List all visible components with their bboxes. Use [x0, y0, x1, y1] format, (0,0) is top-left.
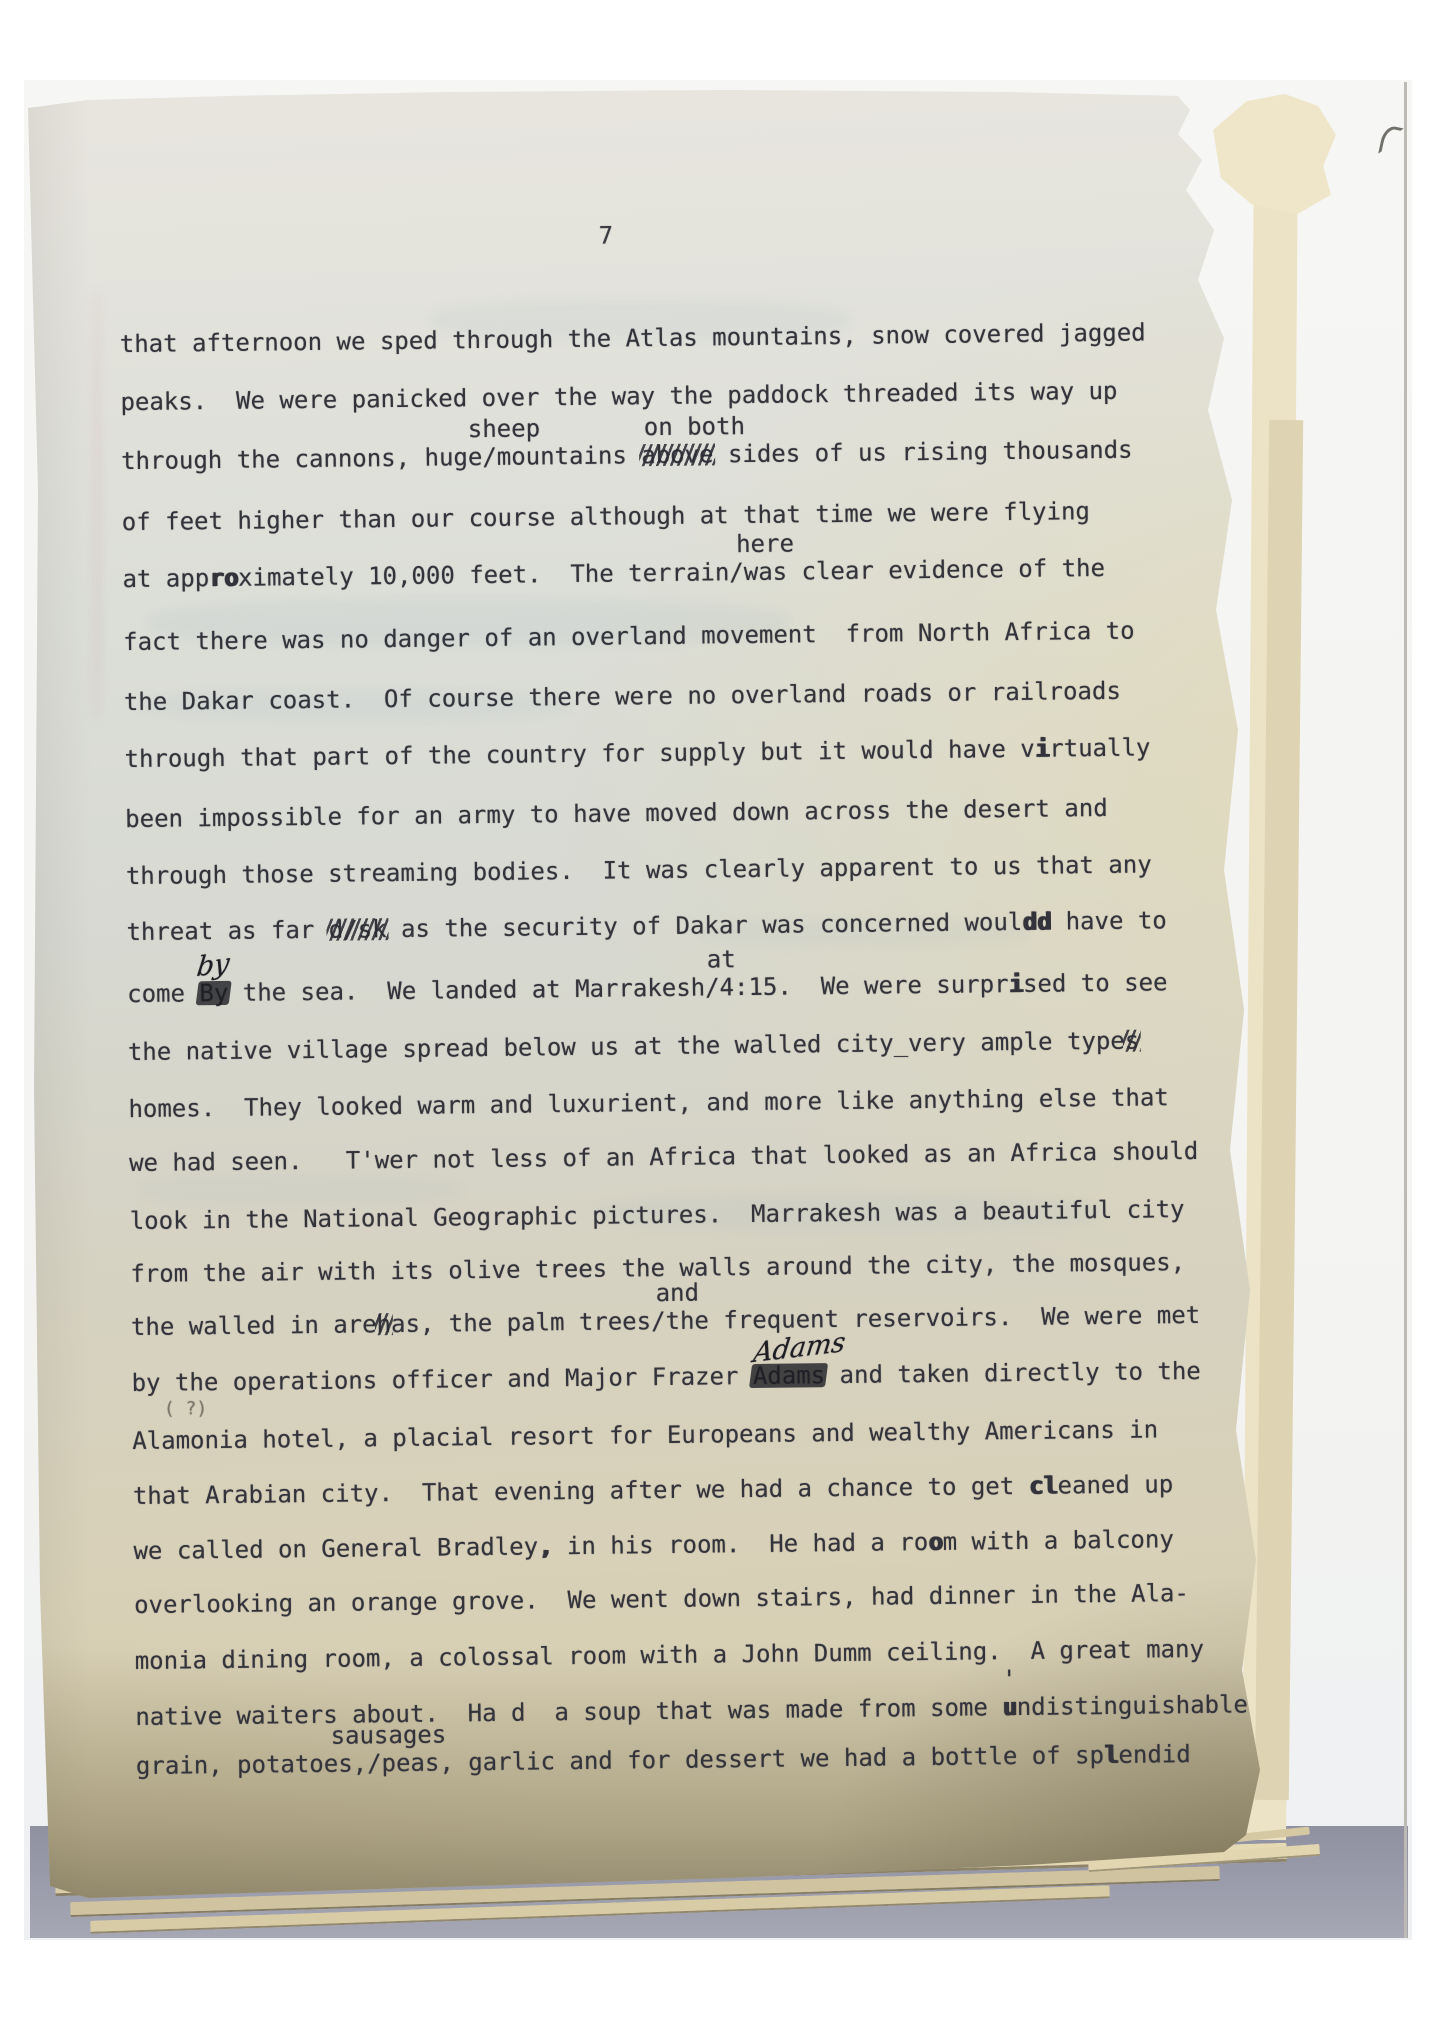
struck-out-text: s: [1125, 1028, 1140, 1054]
overtyped-text: i: [1008, 970, 1023, 998]
interline-insertion: here: [736, 530, 794, 557]
text-line: grain, potatoes,/peas, garlic and for de…: [136, 1741, 1191, 1779]
typed-text: peaks. We were panicked over the way the…: [120, 377, 1117, 416]
scan-page: { "document": { "page_number": "7", "ink…: [0, 0, 1440, 2038]
text-line: the native village spread below us at th…: [128, 1028, 1140, 1065]
typed-text: m with a balcony: [942, 1525, 1173, 1556]
typed-text: sides of us rising thousands: [713, 436, 1132, 469]
typed-text: through those streaming bodies. It was c…: [126, 850, 1152, 890]
typed-text: that afternoon we sped through the Atlas…: [120, 318, 1146, 358]
text-line: through those streaming bodies. It was c…: [126, 851, 1152, 889]
typed-text: come: [127, 979, 200, 1008]
typed-text: Alamonia hotel, a placial resort for Eur…: [132, 1415, 1158, 1455]
interline-insertion: and: [655, 1280, 699, 1306]
typed-text: the native village spread below us at th…: [128, 1027, 1125, 1066]
typed-text: ximately 10,000 feet. The terrain/was cl…: [238, 554, 1105, 592]
typed-text: eaned up: [1057, 1470, 1173, 1499]
typed-text: through that part of the country for sup…: [124, 735, 1035, 773]
text-line: at approximately 10,000 feet. The terrai…: [122, 555, 1105, 592]
typed-text: sed to see: [1023, 968, 1168, 998]
typed-text: and taken directly to the: [825, 1357, 1201, 1389]
text-line: look in the National Geographic pictures…: [130, 1196, 1185, 1234]
struck-out-text: above: [641, 441, 714, 468]
typed-text: we called on General Bradley: [133, 1532, 538, 1565]
typed-text: through the cannons, huge/mountains: [121, 441, 641, 475]
page-number: 7: [598, 223, 613, 249]
text-line: by the operations officer and Major Fraz…: [131, 1358, 1200, 1396]
text-line: threat as far d/sk as the security of Da…: [126, 907, 1167, 945]
typed-text: monia dining room, a colossal room with …: [135, 1635, 1204, 1675]
typed-text: of feet higher than our course although …: [122, 497, 1090, 536]
text-line: native waiters about. Ha d a soup that w…: [135, 1691, 1248, 1730]
typed-text: ndistinguishable: [1017, 1690, 1248, 1721]
interline-insertion: on both: [644, 413, 745, 440]
overtyped-text: l: [1104, 1741, 1119, 1769]
overtyped-text: dd: [1022, 908, 1051, 936]
struck-out-text: h: [376, 1311, 391, 1337]
typed-text: grain, potatoes,/peas, garlic and for de…: [136, 1741, 1104, 1780]
typed-text: endid: [1118, 1740, 1191, 1769]
blacked-out-text: By: [199, 980, 228, 1006]
text-line: through that part of the country for sup…: [124, 734, 1150, 772]
text-line: the Dakar coast. Of course there were no…: [124, 678, 1121, 715]
typed-text: that Arabian city. That evening after we…: [133, 1472, 1029, 1510]
text-line: we called on General Bradley, in his roo…: [133, 1526, 1174, 1564]
overtyped-text: ro: [209, 564, 238, 592]
typewritten-text-layer: 7 that afternoon we sped through the Atl…: [0, 0, 1440, 2038]
text-line: come By the sea. We landed at Marrakesh/…: [127, 969, 1168, 1007]
typed-text: native waiters about. Ha d a soup that w…: [135, 1693, 1002, 1731]
interline-insertion: at: [707, 946, 736, 972]
text-line: that afternoon we sped through the Atlas…: [120, 319, 1146, 357]
typed-text: by the operations officer and Major Fraz…: [131, 1362, 753, 1397]
typed-text: the sea. We landed at Marrakesh/4:15. We…: [228, 970, 1009, 1007]
text-line: Alamonia hotel, a placial resort for Eur…: [132, 1416, 1158, 1454]
typed-text: as the security of Dakar was concerned w…: [386, 908, 1022, 943]
pencil-annotation: ( ?): [164, 1399, 208, 1419]
overtyped-text: cl: [1029, 1472, 1058, 1500]
typed-text: homes. They looked warm and luxurient, a…: [128, 1083, 1169, 1123]
typed-text: at app: [122, 564, 209, 593]
typed-text: fact there was no danger of an overland …: [123, 617, 1135, 656]
text-line: of feet higher than our course although …: [122, 498, 1090, 535]
struck-out-text: d/sk: [329, 916, 387, 943]
typed-text: the Dakar coast. Of course there were no…: [124, 677, 1121, 716]
interline-insertion: sausages: [330, 1722, 446, 1749]
typed-text: threat as far: [126, 916, 329, 946]
text-line: we had seen. T'wer not less of an Africa…: [129, 1138, 1198, 1176]
text-line: through the cannons, huge/mountains abov…: [121, 437, 1133, 474]
text-line: that Arabian city. That evening after we…: [133, 1471, 1174, 1509]
interline-insertion: sheep: [468, 415, 541, 442]
text-line: fact there was no danger of an overland …: [123, 618, 1135, 655]
typed-text: been impossible for an army to have move…: [125, 794, 1108, 833]
text-line: been impossible for an army to have move…: [125, 795, 1108, 832]
interline-insertion: ': [1002, 1666, 1017, 1692]
text-line: monia dining room, a colossal room with …: [135, 1636, 1204, 1674]
text-line: the walled in arehas, the palm trees/the…: [131, 1302, 1200, 1340]
text-line: overlooking an orange grove. We went dow…: [134, 1580, 1189, 1618]
typed-text: we had seen. T'wer not less of an Africa…: [129, 1137, 1198, 1177]
typed-text: have to: [1051, 906, 1167, 935]
typed-text: look in the National Geographic pictures…: [130, 1195, 1185, 1235]
photo-edge-line: [1404, 82, 1407, 1938]
overtyped-text: u: [1002, 1693, 1017, 1721]
typed-text: the walled in are: [131, 1310, 377, 1341]
text-line: homes. They looked warm and luxurient, a…: [128, 1084, 1169, 1122]
overtyped-text: o: [928, 1528, 943, 1556]
text-line: peaks. We were panicked over the way the…: [120, 378, 1117, 415]
typed-text: rtually: [1049, 733, 1150, 762]
handwritten-annotation: by: [195, 950, 231, 981]
typed-text: overlooking an orange grove. We went dow…: [134, 1579, 1189, 1619]
typed-text: in his room. He had a ro: [552, 1528, 928, 1560]
overtyped-text: ,: [538, 1532, 553, 1560]
overtyped-text: i: [1035, 735, 1050, 763]
